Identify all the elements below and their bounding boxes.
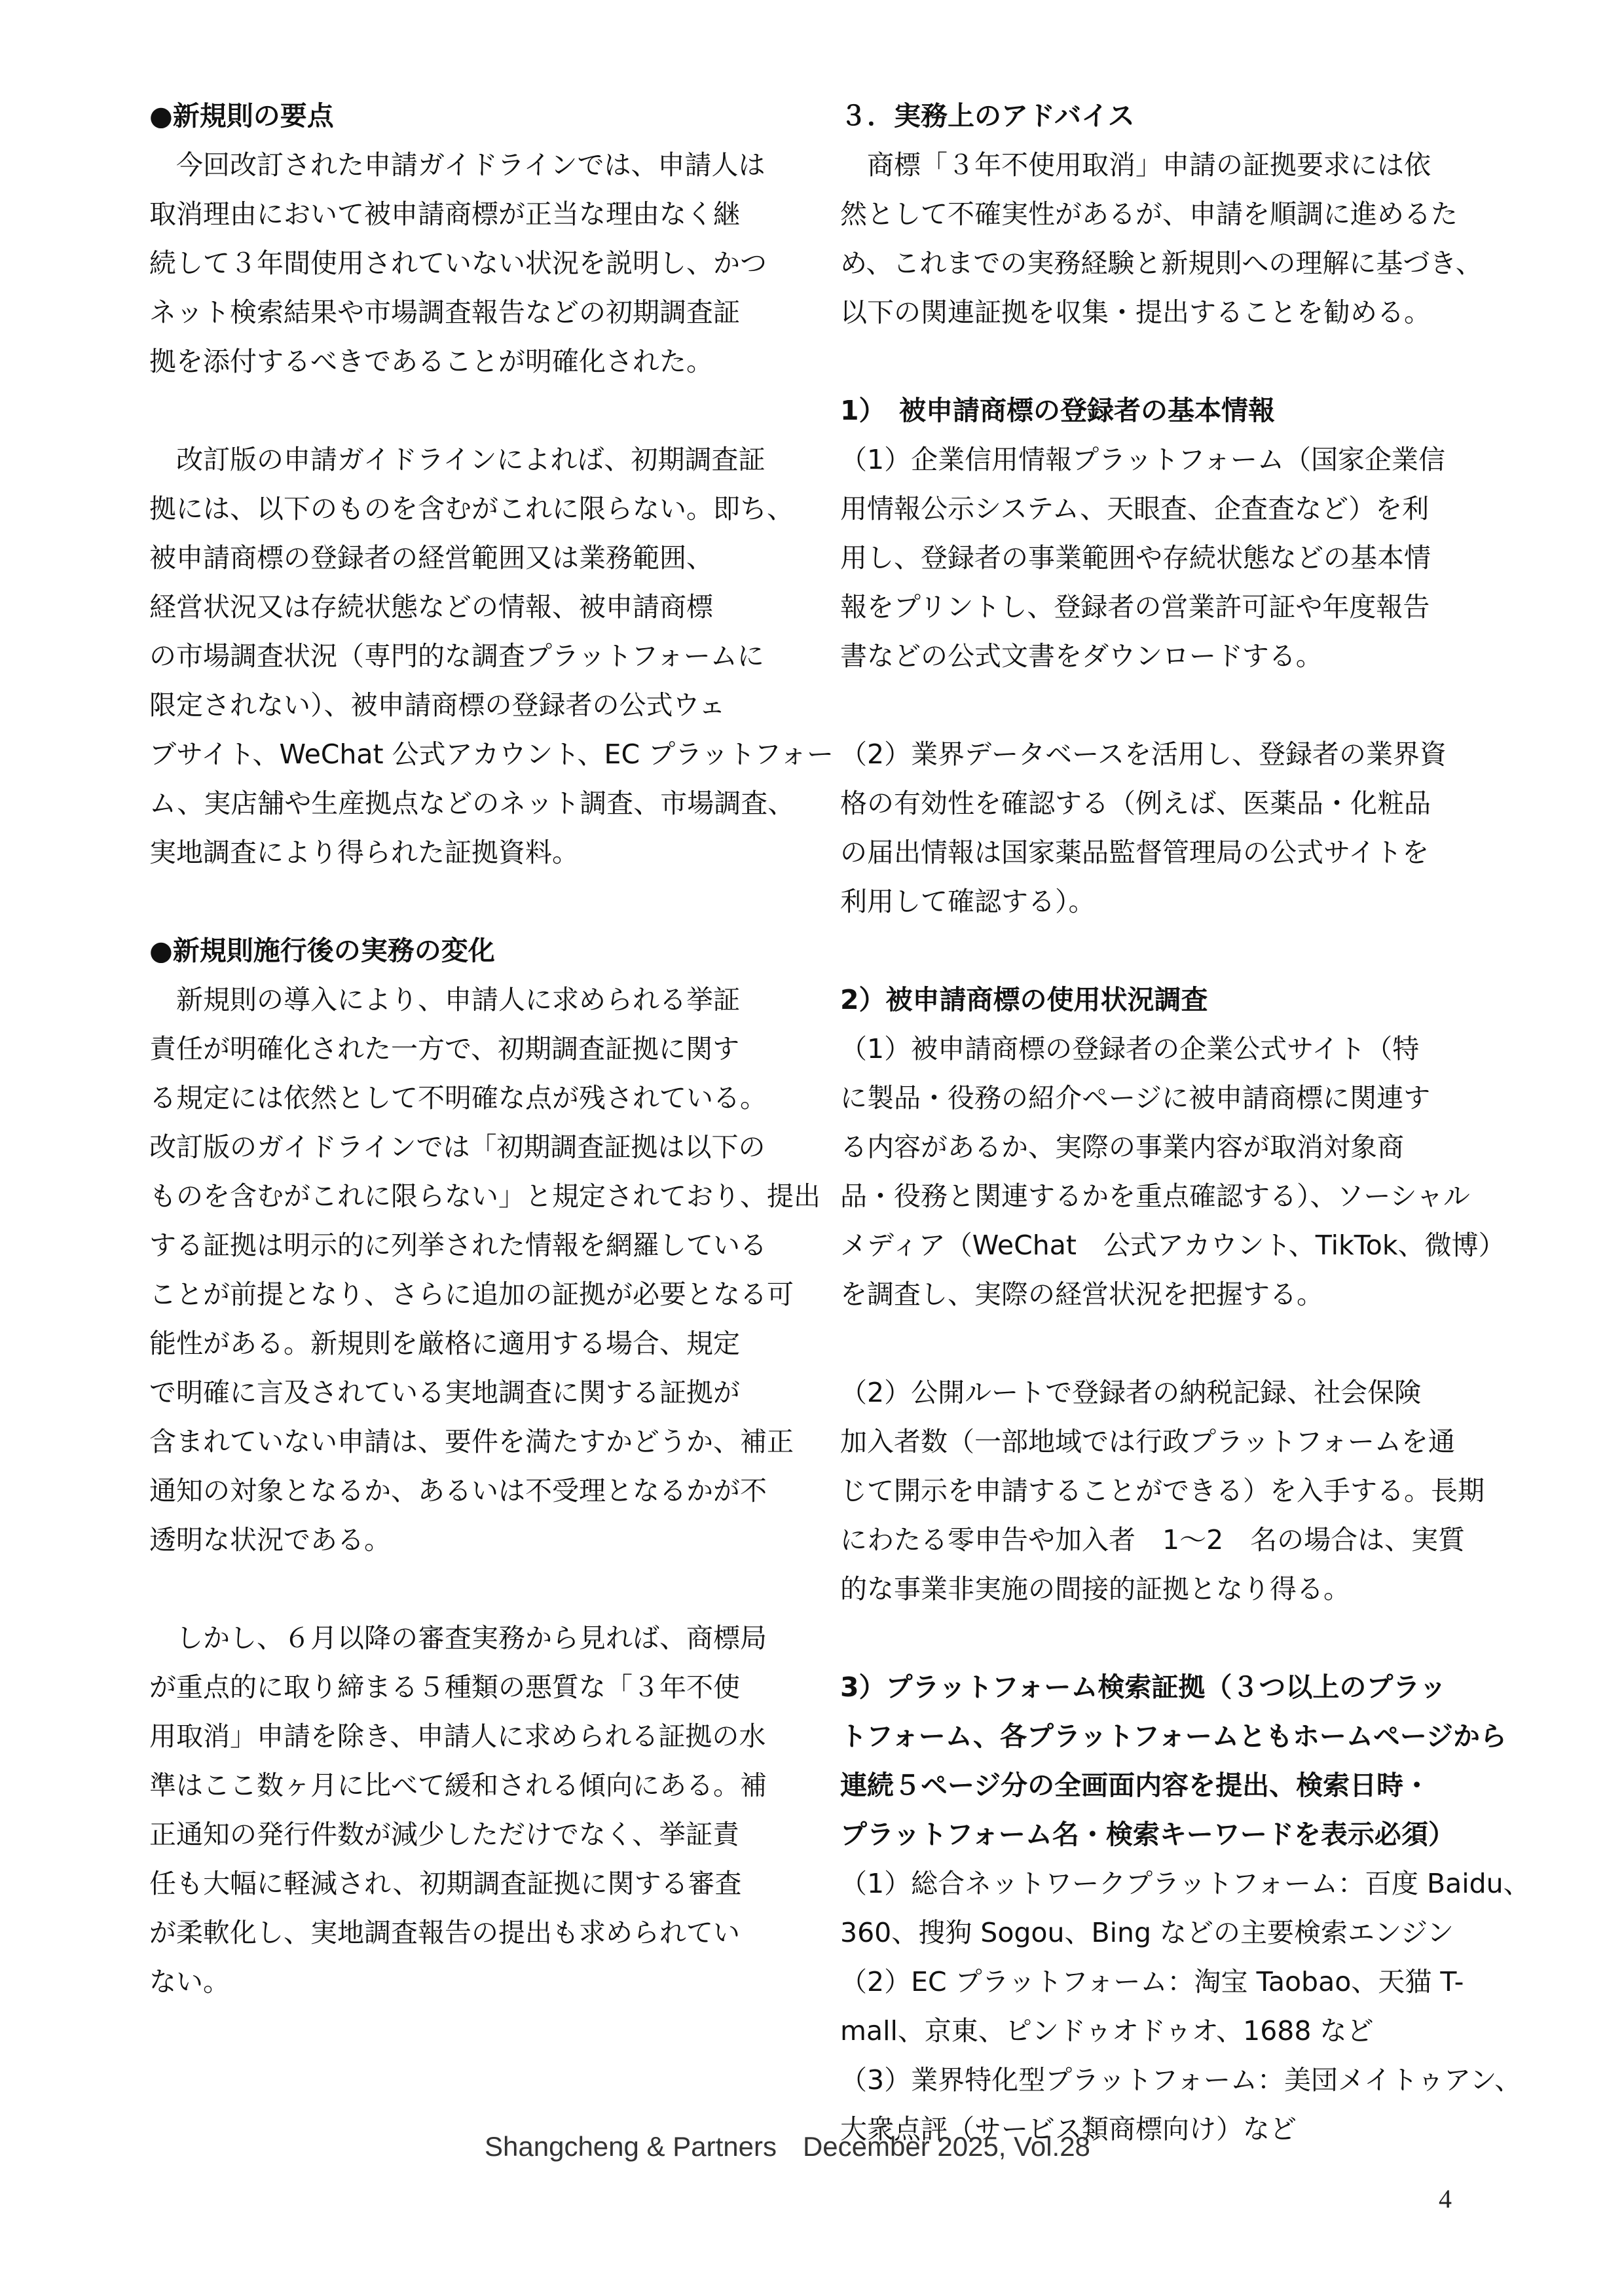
page-footer: Shangcheng & PartnersDecember 2025, Vol.… <box>485 2131 1090 2162</box>
right-column: ３．実務上のアドバイス 商標「３年不使用取消」申請の証拠要求には依 然として不確… <box>840 92 1482 2154</box>
paragraph-practice-changes-1: 新規則の導入により、申請人に求められる挙証 責任が明確化された一方で、初期調査証… <box>149 975 791 1565</box>
subheading-platform-search: 3）プラットフォーム検索証拠（３つ以上のプラッ トフォーム、各プラットフォームと… <box>840 1663 1482 1859</box>
spacer <box>149 877 791 926</box>
text-line: 経営状況又は存続状態などの情報、被申請商標 <box>149 583 791 632</box>
paragraph-key-points-1: 今回改訂された申請ガイドラインでは、申請人は 取消理由において被申請商標が正当な… <box>149 141 791 386</box>
text-line: 能性がある。新規則を厳格に適用する場合、規定 <box>149 1319 791 1368</box>
paragraph-usage-survey-1: （1）被申請商標の登録者の企業公式サイト（特 に製品・役務の紹介ページに被申請商… <box>840 1025 1482 1319</box>
text-line: る内容があるか、実際の事業内容が取消対象商 <box>840 1123 1482 1172</box>
spacer <box>840 1614 1482 1663</box>
text-line: 透明な状況である。 <box>149 1516 791 1565</box>
text-line: 用情報公示システム、天眼査、企査査など）を利 <box>840 484 1482 534</box>
text-line: 準はここ数ヶ月に比べて緩和される傾向にある。補 <box>149 1761 791 1810</box>
section-heading-practice-changes: ●新規則施行後の実務の変化 <box>149 926 791 975</box>
list-item: （3）業界特化型プラットフォーム：美団メイトゥアン、 <box>840 2056 1482 2105</box>
text-line: 新規則の導入により、申請人に求められる挙証 <box>149 975 791 1025</box>
text-line: ブサイト、WeChat 公式アカウント、EC プラットフォー <box>149 730 791 779</box>
text-line: 加入者数（一部地域では行政プラットフォームを通 <box>840 1417 1482 1467</box>
text-line: 品・役務と関連するかを重点確認する）、ソーシャル <box>840 1172 1482 1221</box>
text-line: 拠を添付するべきであることが明確化された。 <box>149 337 791 386</box>
text-line: する証拠は明示的に列挙された情報を網羅している <box>149 1221 791 1270</box>
text-line: 責任が明確化された一方で、初期調査証拠に関す <box>149 1025 791 1074</box>
spacer <box>149 386 791 435</box>
text-line: の市場調査状況（専門的な調査プラットフォームに <box>149 632 791 681</box>
text-line: 今回改訂された申請ガイドラインでは、申請人は <box>149 141 791 190</box>
text-line: が重点的に取り締まる５種類の悪質な「３年不使 <box>149 1663 791 1712</box>
text-line: ない。 <box>149 1958 791 2007</box>
text-line: に製品・役務の紹介ページに被申請商標に関連す <box>840 1074 1482 1123</box>
text-line: しかし、６月以降の審査実務から見れば、商標局 <box>149 1614 791 1663</box>
text-line: 被申請商標の登録者の経営範囲又は業務範囲、 <box>149 534 791 583</box>
text-line: メディア（WeChat 公式アカウント、TikTok、微博） <box>840 1221 1482 1270</box>
text-line: 正通知の発行件数が減少しただけでなく、挙証責 <box>149 1810 791 1859</box>
spacer <box>149 1565 791 1614</box>
text-line: 然として不確実性があるが、申請を順調に進めるた <box>840 190 1482 239</box>
text-line: の届出情報は国家薬品監督管理局の公式サイトを <box>840 828 1482 877</box>
spacer <box>840 681 1482 730</box>
text-line: で明確に言及されている実地調査に関する証拠が <box>149 1368 791 1417</box>
heading-line: プラットフォーム名・検索キーワードを表示必須） <box>840 1810 1482 1859</box>
text-line: ネット検索結果や市場調査報告などの初期調査証 <box>149 288 791 337</box>
text-line: 用取消」申請を除き、申請人に求められる証拠の水 <box>149 1712 791 1761</box>
text-line: 利用して確認する）。 <box>840 877 1482 926</box>
text-line: 続して３年間使用されていない状況を説明し、かつ <box>149 239 791 288</box>
heading-line: 3）プラットフォーム検索証拠（３つ以上のプラッ <box>840 1663 1482 1712</box>
spacer <box>840 1319 1482 1368</box>
paragraph-registrant-info-1: （1）企業信用情報プラットフォーム（国家企業信 用情報公示システム、天眼査、企査… <box>840 435 1482 681</box>
text-line: 改訂版のガイドラインでは「初期調査証拠は以下の <box>149 1123 791 1172</box>
list-item: mall、京東、ピンドゥオドゥオ、1688 など <box>840 2007 1482 2056</box>
text-line: る規定には依然として不明確な点が残されている。 <box>149 1074 791 1123</box>
list-item: （1）総合ネットワークプラットフォーム：百度 Baidu、 <box>840 1859 1482 1908</box>
paragraph-registrant-info-2: （2）業界データベースを活用し、登録者の業界資 格の有効性を確認する（例えば、医… <box>840 730 1482 926</box>
issue-info: December 2025, Vol.28 <box>803 2131 1090 2162</box>
text-line: 書などの公式文書をダウンロードする。 <box>840 632 1482 681</box>
text-line: ものを含むがこれに限らない」と規定されており、提出 <box>149 1172 791 1221</box>
subheading-registrant-info: 1） 被申請商標の登録者の基本情報 <box>840 386 1482 435</box>
text-line: 以下の関連証拠を収集・提出することを勧める。 <box>840 288 1482 337</box>
page-number: 4 <box>1439 2183 1452 2214</box>
text-line: じて開示を申請することができる）を入手する。長期 <box>840 1467 1482 1516</box>
text-line: 拠には、以下のものを含むがこれに限らない。即ち、 <box>149 484 791 534</box>
list-item: 360、搜狗 Sogou、Bing などの主要検索エンジン <box>840 1908 1482 1958</box>
text-line: 含まれていない申請は、要件を満たすかどうか、補正 <box>149 1417 791 1467</box>
text-line: 実地調査により得られた証拠資料。 <box>149 828 791 877</box>
platform-list: （1）総合ネットワークプラットフォーム：百度 Baidu、 360、搜狗 Sog… <box>840 1859 1482 2154</box>
text-line: が柔軟化し、実地調査報告の提出も求められてい <box>149 1908 791 1958</box>
list-item: （2）EC プラットフォーム：淘宝 Taobao、天猫 T- <box>840 1958 1482 2007</box>
text-line: 改訂版の申請ガイドラインによれば、初期調査証 <box>149 435 791 484</box>
text-line: を調査し、実際の経営状況を把握する。 <box>840 1270 1482 1319</box>
text-line: 格の有効性を確認する（例えば、医薬品・化粧品 <box>840 779 1482 828</box>
subheading-usage-survey: 2）被申請商標の使用状況調査 <box>840 975 1482 1025</box>
text-line: 取消理由において被申請商標が正当な理由なく継 <box>149 190 791 239</box>
text-line: （1）被申請商標の登録者の企業公式サイト（特 <box>840 1025 1482 1074</box>
text-line: 限定されない）、被申請商標の登録者の公式ウェ <box>149 681 791 730</box>
text-line: め、これまでの実務経験と新規則への理解に基づき、 <box>840 239 1482 288</box>
text-line: 商標「３年不使用取消」申請の証拠要求には依 <box>840 141 1482 190</box>
text-line: ことが前提となり、さらに追加の証拠が必要となる可 <box>149 1270 791 1319</box>
text-line: （2）公開ルートで登録者の納税記録、社会保険 <box>840 1368 1482 1417</box>
text-line: 通知の対象となるか、あるいは不受理となるかが不 <box>149 1467 791 1516</box>
heading-line: トフォーム、各プラットフォームともホームページから <box>840 1712 1482 1761</box>
left-column: ●新規則の要点 今回改訂された申請ガイドラインでは、申請人は 取消理由において被… <box>149 92 791 2007</box>
text-line: （1）企業信用情報プラットフォーム（国家企業信 <box>840 435 1482 484</box>
text-line: 用し、登録者の事業範囲や存続状態などの基本情 <box>840 534 1482 583</box>
spacer <box>840 926 1482 975</box>
text-line: ム、実店舗や生産拠点などのネット調査、市場調査、 <box>149 779 791 828</box>
text-line: 報をプリントし、登録者の営業許可証や年度報告 <box>840 583 1482 632</box>
paragraph-usage-survey-2: （2）公開ルートで登録者の納税記録、社会保険 加入者数（一部地域では行政プラット… <box>840 1368 1482 1614</box>
paragraph-practice-changes-2: しかし、６月以降の審査実務から見れば、商標局 が重点的に取り締まる５種類の悪質な… <box>149 1614 791 2007</box>
text-line: 的な事業非実施の間接的証拠となり得る。 <box>840 1565 1482 1614</box>
publisher-name: Shangcheng & Partners <box>485 2131 777 2162</box>
section-heading-key-points: ●新規則の要点 <box>149 92 791 141</box>
section-heading-practical-advice: ３．実務上のアドバイス <box>840 92 1482 141</box>
text-line: （2）業界データベースを活用し、登録者の業界資 <box>840 730 1482 779</box>
text-line: にわたる零申告や加入者 1～2 名の場合は、実質 <box>840 1516 1482 1565</box>
paragraph-key-points-2: 改訂版の申請ガイドラインによれば、初期調査証 拠には、以下のものを含むがこれに限… <box>149 435 791 877</box>
heading-line: 連続５ページ分の全画面内容を提出、検索日時・ <box>840 1761 1482 1810</box>
spacer <box>840 337 1482 386</box>
text-line: 任も大幅に軽減され、初期調査証拠に関する審査 <box>149 1859 791 1908</box>
paragraph-advice-intro: 商標「３年不使用取消」申請の証拠要求には依 然として不確実性があるが、申請を順調… <box>840 141 1482 337</box>
